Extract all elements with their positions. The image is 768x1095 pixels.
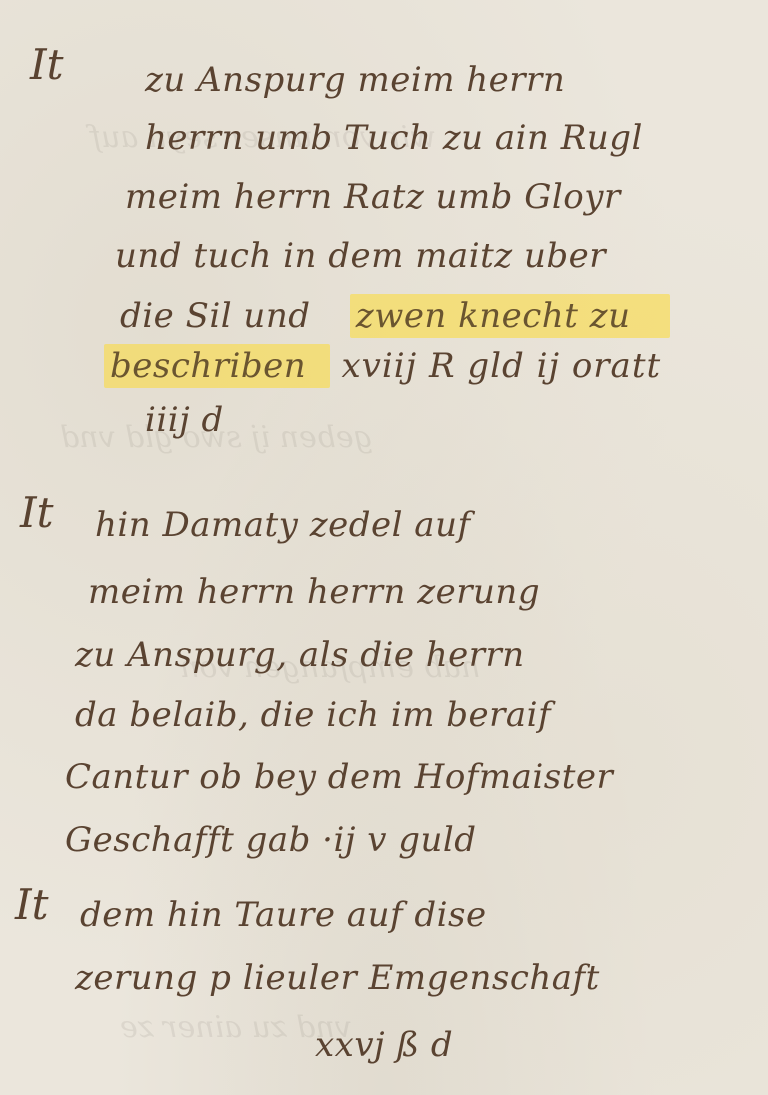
highlighted-text: zwen knecht zu bbox=[350, 294, 671, 338]
entry2-line3: zu Anspurg, als die herrn bbox=[75, 635, 525, 675]
manuscript-page: wir von unser seyn auf geben ij swo gld … bbox=[0, 0, 768, 1095]
entry2-line1: hin Damaty zedel auf bbox=[95, 505, 471, 545]
entry2-line4: da belaib, die ich im beraif bbox=[75, 695, 551, 735]
entry1-line7: iiij d bbox=[145, 400, 224, 440]
entry2-line6: Geschafft gab ·ij v guld bbox=[65, 820, 477, 860]
entry2-line2: meim herrn herrn zerung bbox=[88, 572, 540, 612]
entry1-line6: beschriben xviij R gld ij oratt bbox=[104, 346, 661, 386]
entry1-line3: meim herrn Ratz umb Gloyr bbox=[125, 177, 621, 217]
entry3-line1: dem hin Taure auf dise bbox=[80, 895, 487, 935]
item-marker: It bbox=[30, 40, 63, 89]
entry3-line3: xxvj ß d bbox=[315, 1025, 453, 1065]
item-marker: It bbox=[20, 488, 53, 537]
entry1-line2: herrn umb Tuch zu ain Rugl bbox=[145, 118, 643, 158]
amount: xviij R gld ij oratt bbox=[342, 346, 662, 386]
line-text: die Sil und bbox=[120, 296, 310, 336]
entry1-line5: die Sil und zwen knecht zu bbox=[120, 296, 670, 336]
entry2-line5: Cantur ob bey dem Hofmaister bbox=[65, 757, 613, 797]
entry1-line4: und tuch in dem maitz uber bbox=[115, 236, 606, 276]
item-marker: It bbox=[15, 880, 48, 929]
entry1-line1: zu Anspurg meim herrn bbox=[145, 60, 565, 100]
highlighted-text: beschriben bbox=[104, 344, 330, 388]
entry3-line2: zerung p lieuler Emgenschaft bbox=[75, 958, 600, 998]
